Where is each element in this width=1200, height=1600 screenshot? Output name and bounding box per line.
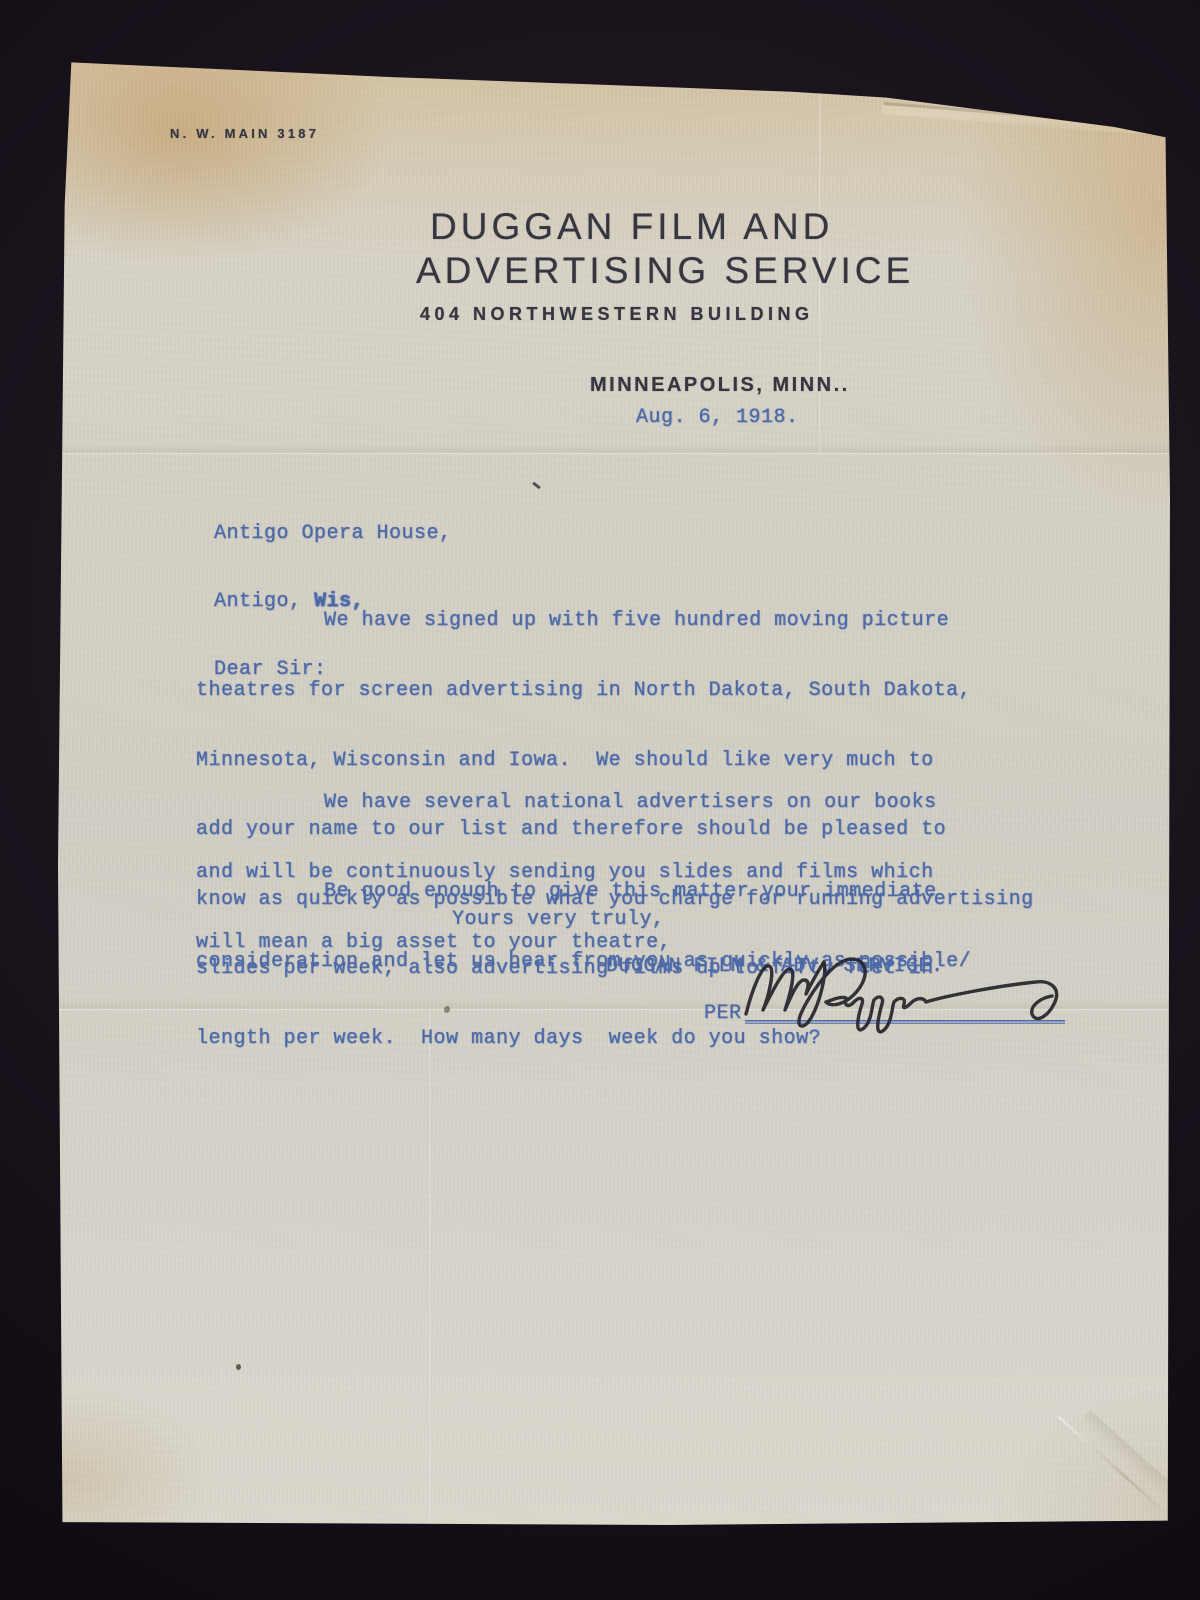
letterhead-company-line2: ADVERTISING SERVICE bbox=[416, 250, 914, 292]
letter-paper: N. W. MAIN 3187 DUGGAN FILM AND ADVERTIS… bbox=[58, 58, 1170, 1525]
corner-fold-crease-line bbox=[884, 102, 1175, 128]
letterhead-company-line1: DUGGAN FILM AND bbox=[430, 206, 833, 248]
letterhead-phone: N. W. MAIN 3187 bbox=[170, 126, 319, 141]
body-line: Be good enough to give this matter your … bbox=[196, 880, 971, 903]
ink-speck bbox=[532, 482, 541, 490]
body-line: We have several national advertisers on … bbox=[196, 791, 937, 814]
ink-speck bbox=[236, 1364, 241, 1370]
signature-handwriting bbox=[736, 952, 1081, 1067]
corner-crease-shadow-bottom-right bbox=[1079, 1410, 1186, 1509]
fold-crease-horizontal-top bbox=[58, 452, 1170, 455]
body-line: We have signed up with five hundred movi… bbox=[196, 609, 1034, 632]
letter-date: Aug. 6, 1918. bbox=[636, 406, 799, 429]
valediction: Yours very truly, bbox=[452, 908, 665, 931]
body-line: theatres for screen advertising in North… bbox=[196, 679, 1034, 702]
recipient-name: Antigo Opera House, bbox=[214, 523, 452, 546]
letterhead-building-address: 404 NORTHWESTERN BUILDING bbox=[420, 304, 814, 325]
letterhead-city: MINNEAPOLIS, MINN.. bbox=[590, 374, 850, 397]
photo-background: N. W. MAIN 3187 DUGGAN FILM AND ADVERTIS… bbox=[0, 0, 1200, 1600]
